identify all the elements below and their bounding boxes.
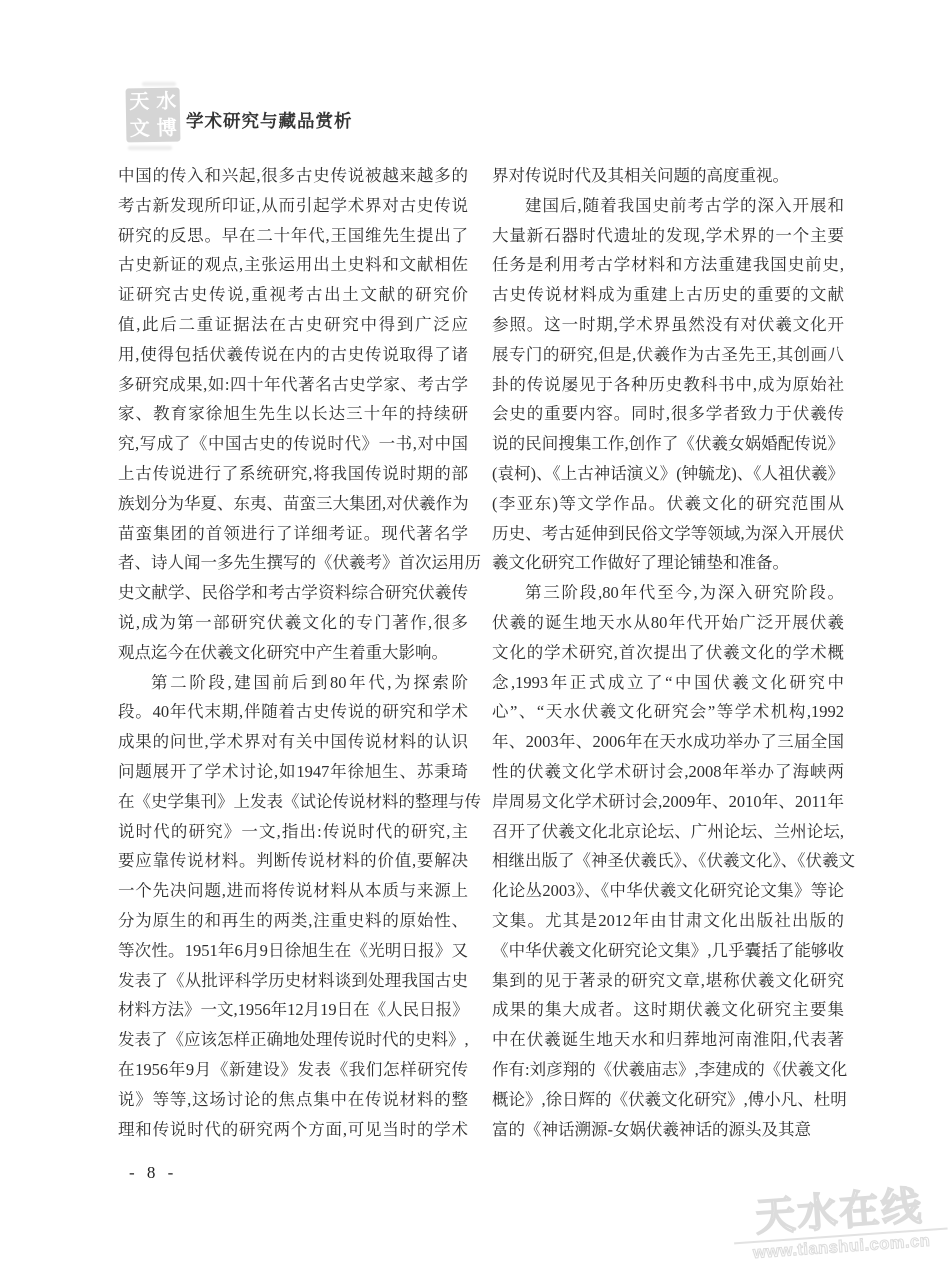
text-line: 相继出版了《神圣伏羲氏》、《伏羲文化》、《伏羲文 — [492, 846, 844, 876]
text-line: 成果的集大成者。这时期伏羲文化研究主要集 — [492, 995, 844, 1025]
text-line: (李亚东)等文学作品。伏羲文化的研究范围从 — [492, 489, 844, 519]
text-line: 在1956年9月《新建设》发表《我们怎样研究传 — [118, 1055, 468, 1085]
ink-smudge — [142, 82, 176, 86]
text-line: 任务是利用考古学材料和方法重建我国史前史, — [492, 250, 844, 280]
text-line: 岸周易文化学术研讨会,2009年、2010年、2011年 — [492, 787, 844, 817]
text-line: 作有:刘彦翔的《伏羲庙志》,李建成的《伏羲文化 — [492, 1055, 844, 1085]
text-line: 究,写成了《中国古史的传说时代》一书,对中国 — [118, 429, 468, 459]
text-line: 说,成为第一部研究伏羲文化的专门著作,很多 — [118, 608, 468, 638]
text-line: 证研究古史传说,重视考古出土文献的研究价 — [118, 280, 468, 310]
text-line: 集到的见于著录的研究文章,堪称伏羲文化研究 — [492, 966, 844, 996]
text-line: 历史、考古延伸到民俗文学等领域,为深入开展伏 — [492, 519, 844, 549]
seal-char: 文 — [130, 119, 150, 139]
tianshui-wenbo-seal-logo: 天 水 文 博 — [126, 88, 181, 143]
text-line: 年、2003年、2006年在天水成功举办了三届全国 — [492, 727, 844, 757]
seal-char: 水 — [156, 91, 176, 111]
text-line: 羲文化研究工作做好了理论铺垫和准备。 — [492, 548, 844, 578]
text-line: 观点迄今在伏羲文化研究中产生着重大影响。 — [118, 638, 468, 668]
tianshui-online-watermark: 天水在线 www.tianshui.com.cn — [731, 1183, 949, 1265]
text-line: 伏羲的诞生地天水从80年代开始广泛开展伏羲 — [492, 608, 844, 638]
text-line: 第二阶段,建国前后到80年代,为探索阶 — [118, 668, 468, 698]
text-line: (袁柯)、《上古神话演义》(钟毓龙)、《人祖伏羲》 — [492, 459, 844, 489]
text-line: 展专门的研究,但是,伏羲作为古圣先王,其创画八 — [492, 340, 844, 370]
text-line: 第三阶段,80年代至今,为深入研究阶段。 — [492, 578, 844, 608]
text-line: 概论》,徐日辉的《伏羲文化研究》,傅小凡、杜明 — [492, 1085, 844, 1115]
text-line: 成果的问世,学术界对有关中国传说材料的认识 — [118, 727, 468, 757]
text-line: 要应靠传说材料。判断传说材料的价值,要解决 — [118, 846, 468, 876]
text-line: 在《史学集刊》上发表《试论传说材料的整理与传 — [118, 787, 468, 817]
text-line: 上古传说进行了系统研究,将我国传说时期的部 — [118, 459, 468, 489]
text-line: 文化的学术研究,首次提出了伏羲文化的学术概 — [492, 638, 844, 668]
text-line: 段。40年代末期,伴随着古史传说的研究和学术 — [118, 697, 468, 727]
text-line: 说的民间搜集工作,创作了《伏羲女娲婚配传说》 — [492, 429, 844, 459]
text-line: 族划分为华夏、东夷、苗蛮三大集团,对伏羲作为 — [118, 489, 468, 519]
text-line: 发表了《应该怎样正确地处理传说时代的史料》, — [118, 1025, 468, 1055]
text-line: 卦的传说屡见于各种历史教科书中,成为原始社 — [492, 370, 844, 400]
text-line: 《中华伏羲文化研究论文集》,几乎囊括了能够收 — [492, 936, 844, 966]
text-line: 苗蛮集团的首领进行了详细考证。现代著名学 — [118, 519, 468, 549]
seal-char: 天 — [129, 92, 149, 112]
page-number: - 8 - — [129, 1163, 177, 1183]
text-line: 研究的反思。早在二十年代,王国维先生提出了 — [118, 221, 468, 251]
text-line: 问题展开了学术讨论,如1947年徐旭生、苏秉琦 — [118, 757, 468, 787]
scanned-document-page: 天 水 文 博 学术研究与藏品赏析 中国的传入和兴起,很多古史传说被越来越多的考… — [0, 0, 950, 1279]
text-line: 家、教育家徐旭生先生以长达三十年的持续研 — [118, 399, 468, 429]
text-line: 值,此后二重证据法在古史研究中得到广泛应 — [118, 310, 468, 340]
text-line: 多研究成果,如:四十年代著名古史学家、考古学 — [118, 370, 468, 400]
text-line: 材料方法》一文,1956年12月19日在《人民日报》 — [118, 995, 468, 1025]
text-line: 中国的传入和兴起,很多古史传说被越来越多的 — [118, 161, 468, 191]
text-line: 化论丛2003》、《中华伏羲文化研究论文集》等论 — [492, 876, 844, 906]
text-line: 说时代的研究》一文,指出:传说时代的研究,主 — [118, 817, 468, 847]
text-column-right: 界对传说时代及其相关问题的高度重视。建国后,随着我国史前考古学的深入开展和大量新… — [492, 161, 844, 1144]
text-line: 分为原生的和再生的两类,注重史料的原始性、 — [118, 906, 468, 936]
text-line: 说》等等,这场讨论的焦点集中在传说材料的整 — [118, 1085, 468, 1115]
text-line: 用,使得包括伏羲传说在内的古史传说取得了诸 — [118, 340, 468, 370]
text-line: 心”、“天水伏羲文化研究会”等学术机构,1992 — [492, 697, 844, 727]
text-line: 古史新证的观点,主张运用出土史料和文献相佐 — [118, 250, 468, 280]
text-line: 建国后,随着我国史前考古学的深入开展和 — [492, 191, 844, 221]
text-line: 古史传说材料成为重建上古历史的重要的文献 — [492, 280, 844, 310]
text-line: 者、诗人闻一多先生撰写的《伏羲考》首次运用历 — [118, 548, 468, 578]
section-title: 学术研究与藏品赏析 — [186, 108, 353, 133]
text-line: 大量新石器时代遗址的发现,学术界的一个主要 — [492, 221, 844, 251]
text-line: 会史的重要内容。同时,很多学者致力于伏羲传 — [492, 399, 844, 429]
text-line: 界对传说时代及其相关问题的高度重视。 — [492, 161, 844, 191]
text-line: 考古新发现所印证,从而引起学术界对古史传说 — [118, 191, 468, 221]
text-line: 一个先决问题,进而将传说材料从本质与来源上 — [118, 876, 468, 906]
text-line: 发表了《从批评科学历史材料谈到处理我国古史 — [118, 966, 468, 996]
text-line: 念,1993年正式成立了“中国伏羲文化研究中 — [492, 668, 844, 698]
text-line: 召开了伏羲文化北京论坛、广州论坛、兰州论坛, — [492, 817, 844, 847]
text-line: 富的《神话溯源-女娲伏羲神话的源头及其意 — [492, 1115, 844, 1145]
text-line: 文集。尤其是2012年由甘肃文化出版社出版的 — [492, 906, 844, 936]
text-column-left: 中国的传入和兴起,很多古史传说被越来越多的考古新发现所印证,从而引起学术界对古史… — [118, 161, 468, 1144]
ink-smudge — [128, 146, 172, 150]
text-line: 性的伏羲文化学术研讨会,2008年举办了海峡两 — [492, 757, 844, 787]
seal-char: 博 — [157, 118, 177, 138]
text-line: 参照。这一时期,学术界虽然没有对伏羲文化开 — [492, 310, 844, 340]
text-line: 中在伏羲诞生地天水和归葬地河南淮阳,代表著 — [492, 1025, 844, 1055]
text-line: 等次性。1951年6月9日徐旭生在《光明日报》又 — [118, 936, 468, 966]
text-line: 理和传说时代的研究两个方面,可见当时的学术 — [118, 1115, 468, 1145]
text-line: 史文献学、民俗学和考古学资料综合研究伏羲传 — [118, 578, 468, 608]
